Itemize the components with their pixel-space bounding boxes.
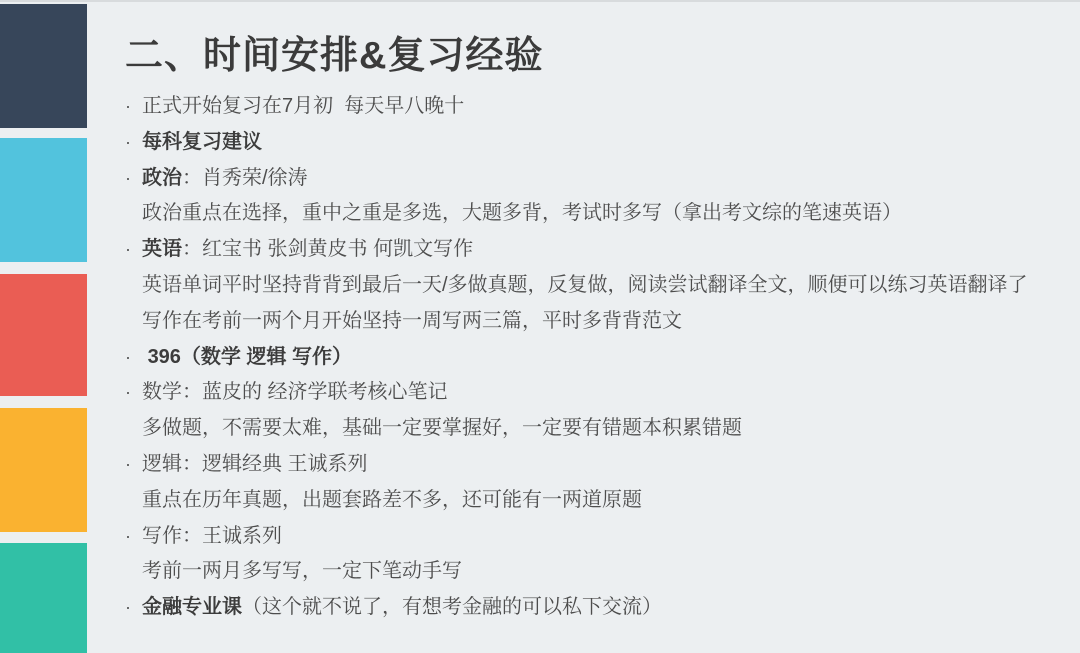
bullet-line: ·数学：蓝皮的 经济学联考核心笔记 bbox=[125, 375, 1065, 411]
line-text: 多做题，不需要太难，基础一定要掌握好，一定要有错题本积累错题 bbox=[142, 417, 742, 439]
continuation-line: 多做题，不需要太难，基础一定要掌握好，一定要有错题本积累错题 bbox=[125, 411, 1065, 447]
continuation-line: 重点在历年真题，出题套路差不多，还可能有一两道原题 bbox=[125, 483, 1065, 519]
color-block-orange bbox=[0, 408, 87, 532]
line-text: 数学：蓝皮的 经济学联考核心笔记 bbox=[142, 381, 448, 403]
line-bold-text: 政治 bbox=[142, 167, 182, 189]
line-text: 写作在考前一两个月开始坚持一周写两三篇，平时多背背范文 bbox=[142, 310, 682, 332]
continuation-line: 写作在考前一两个月开始坚持一周写两三篇，平时多背背范文 bbox=[125, 304, 1065, 340]
line-text: ：红宝书 张剑黄皮书 何凯文写作 bbox=[182, 238, 473, 260]
line-text: 政治重点在选择，重中之重是多选，大题多背，考试时多写（拿出考文综的笔速英语） bbox=[142, 202, 902, 224]
bullet-dot-icon: · bbox=[125, 89, 131, 125]
bullet-line: ·政治：肖秀荣/徐涛 bbox=[125, 161, 1065, 197]
bullet-line: ·金融专业课（这个就不说了，有想考金融的可以私下交流） bbox=[125, 590, 1065, 626]
bullet-line: ·英语：红宝书 张剑黄皮书 何凯文写作 bbox=[125, 232, 1065, 268]
color-block-cyan bbox=[0, 138, 87, 262]
line-bold-text: 英语 bbox=[142, 238, 182, 260]
line-text: 逻辑：逻辑经典 王诚系列 bbox=[142, 453, 368, 475]
color-block-red bbox=[0, 274, 87, 396]
color-block-teal bbox=[0, 543, 87, 653]
bullet-line: ·逻辑：逻辑经典 王诚系列 bbox=[125, 447, 1065, 483]
bullet-line: · 396（数学 逻辑 写作） bbox=[125, 340, 1065, 376]
line-text: ：肖秀荣/徐涛 bbox=[182, 167, 308, 189]
presentation-slide: 二、时间安排&复习经验 ·正式开始复习在7月初 每天早八晚十·每科复习建议·政治… bbox=[0, 0, 1080, 653]
bullet-dot-icon: · bbox=[125, 590, 131, 626]
bullet-dot-icon: · bbox=[125, 125, 131, 161]
bullet-line: ·正式开始复习在7月初 每天早八晚十 bbox=[125, 89, 1065, 125]
bullet-line: ·写作：王诚系列 bbox=[125, 519, 1065, 555]
line-bold-text: 每科复习建议 bbox=[142, 131, 262, 153]
bullet-dot-icon: · bbox=[125, 340, 131, 376]
line-bold-text: 396（数学 逻辑 写作） bbox=[142, 346, 352, 368]
line-bold-text: 金融专业课 bbox=[142, 596, 242, 618]
bullet-dot-icon: · bbox=[125, 161, 131, 197]
continuation-line: 政治重点在选择，重中之重是多选，大题多背，考试时多写（拿出考文综的笔速英语） bbox=[125, 196, 1065, 232]
line-text: （这个就不说了，有想考金融的可以私下交流） bbox=[242, 596, 662, 618]
bullet-dot-icon: · bbox=[125, 232, 131, 268]
bullet-dot-icon: · bbox=[125, 375, 131, 411]
line-text: 写作：王诚系列 bbox=[142, 525, 282, 547]
bullet-dot-icon: · bbox=[125, 519, 131, 555]
bullet-dot-icon: · bbox=[125, 447, 131, 483]
color-block-navy bbox=[0, 4, 87, 128]
slide-title: 二、时间安排&复习经验 bbox=[125, 2, 1065, 80]
continuation-line: 考前一两月多写写，一定下笔动手写 bbox=[125, 554, 1065, 590]
line-text: 英语单词平时坚持背背到最后一天/多做真题，反复做，阅读尝试翻译全文，顺便可以练习… bbox=[142, 274, 1028, 296]
continuation-line: 英语单词平时坚持背背到最后一天/多做真题，反复做，阅读尝试翻译全文，顺便可以练习… bbox=[125, 268, 1065, 304]
bullet-list: ·正式开始复习在7月初 每天早八晚十·每科复习建议·政治：肖秀荣/徐涛政治重点在… bbox=[125, 89, 1065, 626]
line-text: 重点在历年真题，出题套路差不多，还可能有一两道原题 bbox=[142, 489, 642, 511]
bullet-line: ·每科复习建议 bbox=[125, 125, 1065, 161]
line-text: 考前一两月多写写，一定下笔动手写 bbox=[142, 560, 462, 582]
line-text: 正式开始复习在7月初 每天早八晚十 bbox=[142, 95, 464, 117]
slide-content: 二、时间安排&复习经验 ·正式开始复习在7月初 每天早八晚十·每科复习建议·政治… bbox=[125, 2, 1065, 626]
